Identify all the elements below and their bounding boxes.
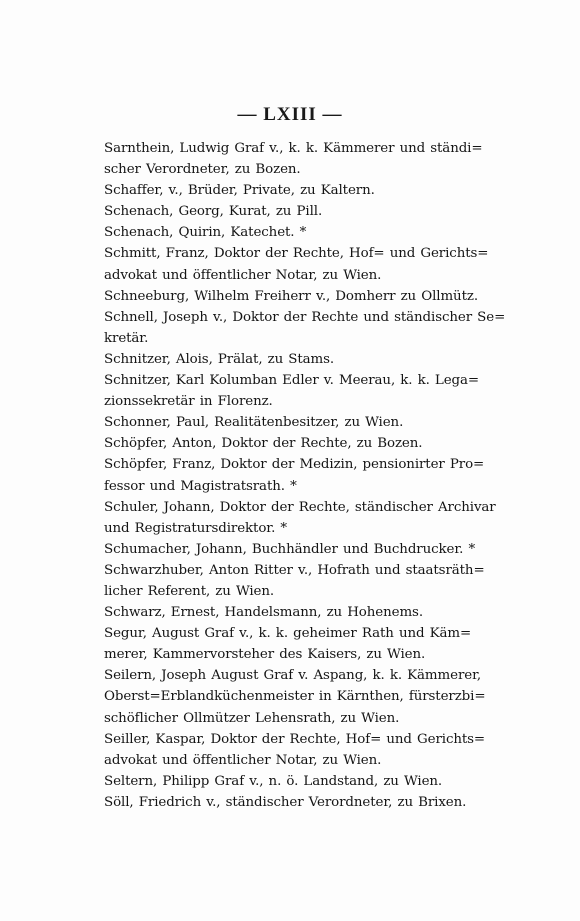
entry-line: Schaffer, v., Brüder, Private, zu Kalter…: [128, 180, 479, 201]
list-entry: Schumacher, Johann, Buchhändler und Buch…: [104, 539, 479, 560]
entry-line: Schnitzer, Alois, Prälat, zu Stams.: [128, 349, 479, 370]
entry-line: Schenach, Georg, Kurat, zu Pill.: [128, 201, 479, 222]
list-entry: Schwarz, Ernest, Handelsmann, zu Hohenem…: [104, 602, 479, 623]
list-entry: Seltern, Philipp Graf v., n. ö. Landstan…: [104, 771, 479, 792]
list-entry: Schöpfer, Anton, Doktor der Rechte, zu B…: [104, 433, 479, 454]
entry-line: Schuler, Johann, Doktor der Rechte, stän…: [128, 497, 479, 518]
entry-line: Seltern, Philipp Graf v., n. ö. Landstan…: [128, 771, 479, 792]
list-entry: Schenach, Georg, Kurat, zu Pill.: [104, 201, 479, 222]
entry-line: Schwarzhuber, Anton Ritter v., Hofrath u…: [128, 560, 479, 581]
list-entry: Schnitzer, Karl Kolumban Edler v. Meerau…: [104, 370, 479, 412]
entry-line: Schmitt, Franz, Doktor der Rechte, Hof= …: [128, 243, 479, 264]
list-entry: Söll, Friedrich v., ständischer Verordne…: [104, 792, 479, 813]
entry-line: Schonner, Paul, Realitätenbesitzer, zu W…: [128, 412, 479, 433]
list-entry: Schaffer, v., Brüder, Private, zu Kalter…: [104, 180, 479, 201]
entry-line: kretär.: [128, 328, 479, 349]
list-entry: Segur, August Graf v., k. k. geheimer Ra…: [104, 623, 479, 665]
entry-line: Seilern, Joseph August Graf v. Aspang, k…: [128, 665, 479, 686]
entry-line: Schneeburg, Wilhelm Freiherr v., Domherr…: [128, 286, 479, 307]
entry-line: Oberst=Erblandküchenmeister in Kärnthen,…: [128, 686, 479, 707]
list-entry: Schnitzer, Alois, Prälat, zu Stams.: [104, 349, 479, 370]
entry-line: schöflicher Ollmützer Lehensrath, zu Wie…: [128, 708, 479, 729]
list-entry: Schuler, Johann, Doktor der Rechte, stän…: [104, 497, 479, 539]
entry-list: Sarnthein, Ludwig Graf v., k. k. Kämmere…: [104, 138, 479, 813]
entry-line: Schöpfer, Franz, Doktor der Medizin, pen…: [128, 454, 479, 475]
list-entry: Schnell, Joseph v., Doktor der Rechte un…: [104, 307, 479, 349]
entry-line: advokat und öffentlicher Notar, zu Wien.: [128, 265, 479, 286]
list-entry: Seilern, Joseph August Graf v. Aspang, k…: [104, 665, 479, 728]
entry-line: Schöpfer, Anton, Doktor der Rechte, zu B…: [128, 433, 479, 454]
entry-line: Segur, August Graf v., k. k. geheimer Ra…: [128, 623, 479, 644]
entry-line: Schumacher, Johann, Buchhändler und Buch…: [128, 539, 479, 560]
page-number: — LXIII —: [0, 104, 580, 126]
list-entry: Schneeburg, Wilhelm Freiherr v., Domherr…: [104, 286, 479, 307]
entry-line: scher Verordneter, zu Bozen.: [128, 159, 479, 180]
list-entry: Seiller, Kaspar, Doktor der Rechte, Hof=…: [104, 729, 479, 771]
entry-line: Schnitzer, Karl Kolumban Edler v. Meerau…: [128, 370, 479, 391]
list-entry: Schmitt, Franz, Doktor der Rechte, Hof= …: [104, 243, 479, 285]
entry-line: Schwarz, Ernest, Handelsmann, zu Hohenem…: [128, 602, 479, 623]
entry-line: Schenach, Quirin, Katechet. *: [128, 222, 479, 243]
entry-line: zionssekretär in Florenz.: [128, 391, 479, 412]
list-entry: Schenach, Quirin, Katechet. *: [104, 222, 479, 243]
entry-line: Sarnthein, Ludwig Graf v., k. k. Kämmere…: [128, 138, 479, 159]
list-entry: Sarnthein, Ludwig Graf v., k. k. Kämmere…: [104, 138, 479, 180]
entry-line: fessor und Magistratsrath. *: [128, 476, 479, 497]
list-entry: Schonner, Paul, Realitätenbesitzer, zu W…: [104, 412, 479, 433]
entry-line: licher Referent, zu Wien.: [128, 581, 479, 602]
list-entry: Schwarzhuber, Anton Ritter v., Hofrath u…: [104, 560, 479, 602]
entry-line: Schnell, Joseph v., Doktor der Rechte un…: [128, 307, 479, 328]
entry-line: Söll, Friedrich v., ständischer Verordne…: [128, 792, 479, 813]
entry-line: Seiller, Kaspar, Doktor der Rechte, Hof=…: [128, 729, 479, 750]
entry-line: merer, Kammervorsteher des Kaisers, zu W…: [128, 644, 479, 665]
entry-line: advokat und öffentlicher Notar, zu Wien.: [128, 750, 479, 771]
list-entry: Schöpfer, Franz, Doktor der Medizin, pen…: [104, 454, 479, 496]
book-page: — LXIII — Sarnthein, Ludwig Graf v., k. …: [0, 0, 580, 921]
entry-line: und Registratursdirektor. *: [128, 518, 479, 539]
